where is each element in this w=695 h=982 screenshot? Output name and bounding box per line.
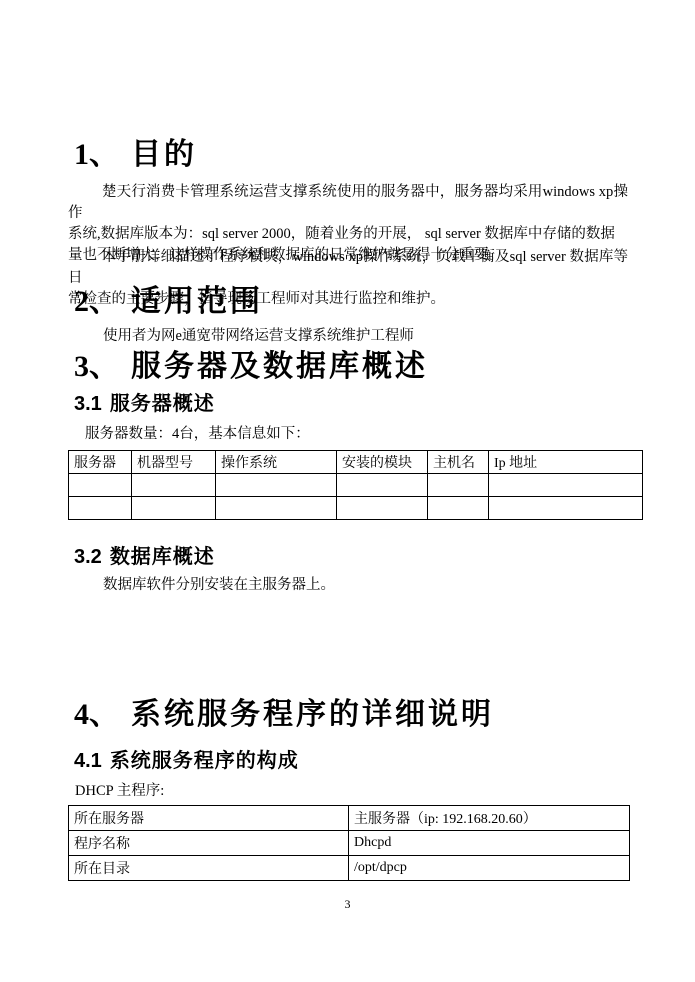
page-number: 3 — [0, 897, 695, 912]
section-3-number: 3、 — [74, 350, 119, 383]
dhcp-table-value-cell: 主服务器（ip: 192.168.20.60） — [349, 806, 630, 831]
section-3-1-heading: 3.1服务器概述 — [74, 390, 215, 418]
server-overview-table: 服务器 机器型号 操作系统 安装的模块 主机名 Ip 地址 — [68, 450, 643, 520]
section-3-title: 服务器及数据库概述 — [131, 350, 428, 383]
section-2-title: 适用范围 — [131, 285, 263, 318]
server-table-cell — [216, 474, 337, 497]
section-4-1-number: 4.1 — [74, 750, 102, 772]
server-table-intro: 服务器数量：4台，基本信息如下： — [85, 424, 625, 445]
dhcp-program-table: 所在服务器 主服务器（ip: 192.168.20.60） 程序名称 Dhcpd… — [68, 805, 630, 881]
section-2-paragraph: 使用者为网e通宽带网络运营支撑系统维护工程师 — [103, 326, 628, 347]
dhcp-table-label-cell: 所在服务器 — [69, 806, 349, 831]
section-3-1-number: 3.1 — [74, 393, 102, 415]
section-4-1-heading: 4.1系统服务程序的构成 — [74, 747, 299, 775]
section-3-heading: 3、服务器及数据库概述 — [74, 346, 428, 388]
section-3-2-heading: 3.2数据库概述 — [74, 543, 215, 571]
dhcp-table-label-cell: 所在目录 — [69, 856, 349, 881]
server-table-cell — [428, 474, 489, 497]
dhcp-table-intro: DHCP 主程序: — [75, 781, 625, 802]
server-table-header-cell: 服务器 — [69, 451, 132, 474]
server-table-cell — [216, 497, 337, 520]
section-2-heading: 2、适用范围 — [74, 281, 263, 323]
server-table-cell — [489, 474, 643, 497]
dhcp-table-row: 所在目录 /opt/dpcp — [69, 856, 630, 881]
server-table-cell — [69, 497, 132, 520]
document-page: 1、目的 楚天行消费卡管理系统运营支撑系统使用的服务器中，服务器均采用windo… — [0, 0, 695, 982]
section-3-2-number: 3.2 — [74, 546, 102, 568]
section-4-number: 4、 — [74, 698, 119, 731]
section-1-title: 目的 — [131, 138, 197, 171]
server-table-header-cell: Ip 地址 — [489, 451, 643, 474]
server-table-header-cell: 主机名 — [428, 451, 489, 474]
server-table-cell — [337, 474, 428, 497]
server-table-row — [69, 474, 643, 497]
dhcp-table-label-cell: 程序名称 — [69, 831, 349, 856]
server-table-header-cell: 操作系统 — [216, 451, 337, 474]
dhcp-table-row: 所在服务器 主服务器（ip: 192.168.20.60） — [69, 806, 630, 831]
server-table-header-cell: 机器型号 — [132, 451, 216, 474]
section-4-heading: 4、系统服务程序的详细说明 — [74, 694, 494, 736]
dhcp-table-row: 程序名称 Dhcpd — [69, 831, 630, 856]
section-2-number: 2、 — [74, 285, 119, 318]
server-table-cell — [337, 497, 428, 520]
section-1-heading: 1、目的 — [74, 134, 197, 176]
section-3-2-paragraph: 数据库软件分别安装在主服务器上。 — [103, 575, 628, 596]
server-table-cell — [489, 497, 643, 520]
section-4-1-title: 系统服务程序的构成 — [110, 750, 299, 772]
server-table-cell — [132, 497, 216, 520]
section-4-title: 系统服务程序的详细说明 — [131, 698, 494, 731]
section-3-2-title: 数据库概述 — [110, 546, 215, 568]
server-table-cell — [428, 497, 489, 520]
server-table-row — [69, 497, 643, 520]
server-table-header-cell: 安装的模块 — [337, 451, 428, 474]
server-table-cell — [69, 474, 132, 497]
server-table-header-row: 服务器 机器型号 操作系统 安装的模块 主机名 Ip 地址 — [69, 451, 643, 474]
section-1-number: 1、 — [74, 138, 119, 171]
dhcp-table-value-cell: /opt/dpcp — [349, 856, 630, 881]
dhcp-table-value-cell: Dhcpd — [349, 831, 630, 856]
server-table-cell — [132, 474, 216, 497]
section-3-1-title: 服务器概述 — [110, 393, 215, 415]
